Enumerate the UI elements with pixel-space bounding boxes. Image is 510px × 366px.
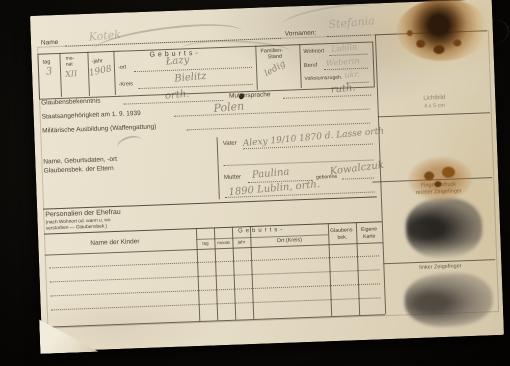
muttersprache-label: Muttersprache <box>229 91 271 100</box>
col-tag-header: tag <box>196 240 214 246</box>
col-karte-header2: Karte <box>356 234 382 241</box>
col-monat-header: monat <box>214 240 232 246</box>
birth-tag-label: tag <box>43 59 51 66</box>
birth-ort-label: -ort <box>118 65 126 72</box>
citizenship-value: Polen <box>213 100 245 114</box>
birth-ort-value: Łazy <box>165 56 189 68</box>
registration-card: Name Kotek Vornamen: Stefania tag mo- na… <box>30 0 504 352</box>
col-glaube-header2: bek. <box>328 235 356 242</box>
birth-monat-label2: nat <box>66 62 73 68</box>
birth-kreis-label: -Kreis <box>118 81 133 88</box>
beruf-label: Beruf <box>304 63 317 70</box>
vornamen-label: Vornamen: <box>285 30 317 39</box>
birth-monat-value: XII <box>65 70 78 79</box>
col-jahr-header: jahr <box>232 239 250 245</box>
wohnort-label: Wohnort <box>303 48 324 55</box>
mutter-label: Mutter <box>224 174 241 182</box>
name-label: Name <box>41 39 59 47</box>
vater-label: Vater <box>223 141 237 148</box>
fingerprint-left <box>404 271 494 328</box>
fingerprint-right <box>405 197 483 260</box>
volkstum-value: ukr. <box>344 71 360 80</box>
birth-tag-value: 3 <box>46 67 53 78</box>
birth-jahr-label: -jahr <box>92 58 103 65</box>
